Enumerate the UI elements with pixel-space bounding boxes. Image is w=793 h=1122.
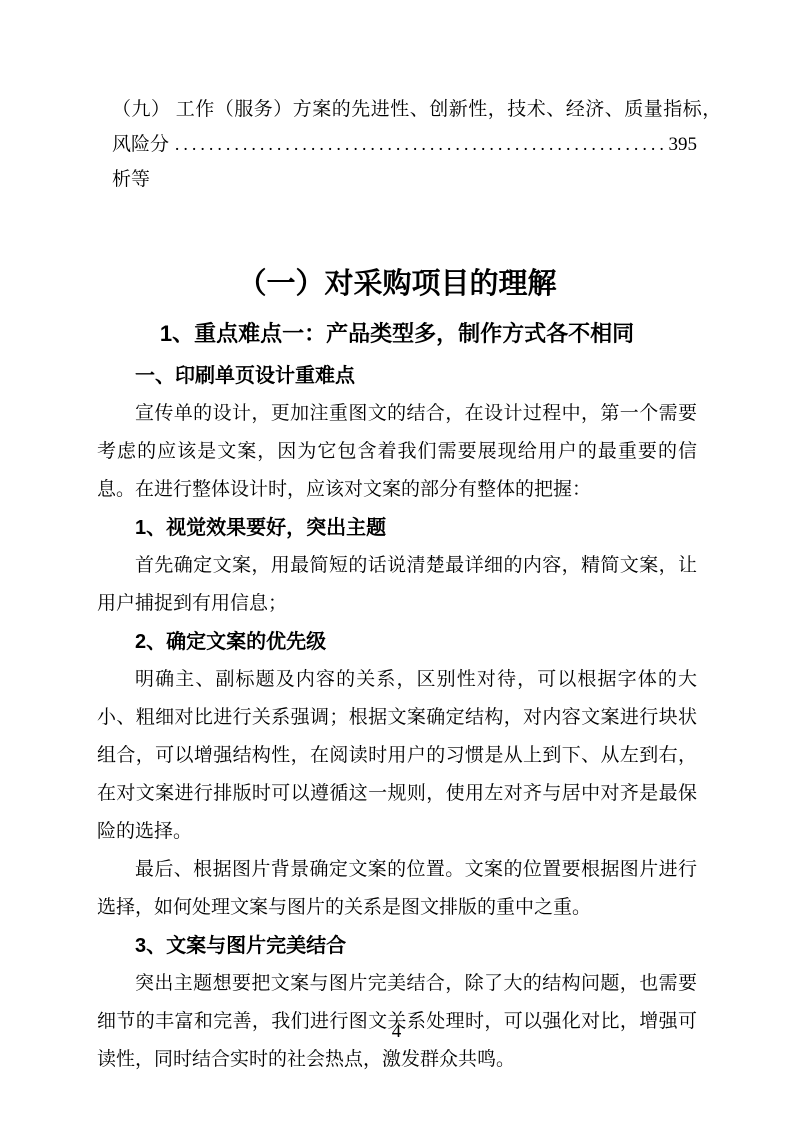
toc-dot-leader: ........................................… bbox=[175, 127, 665, 162]
subhead-copy-priority: 2、确定文案的优先级 bbox=[97, 623, 697, 661]
body-paragraph: 宣传单的设计，更加注重图文的结合，在设计过程中，第一个需要考虑的应该是文案，因为… bbox=[97, 395, 697, 509]
toc-entry: （九） 工作（服务）方案的先进性、创新性，技术、经济、质量指标， 风险分析等 .… bbox=[112, 92, 697, 197]
page-content: （九） 工作（服务）方案的先进性、创新性，技术、经济、质量指标， 风险分析等 .… bbox=[97, 0, 697, 1079]
subhead-visual-effect: 1、视觉效果要好，突出主题 bbox=[97, 509, 697, 547]
toc-entry-line2: 风险分析等 ..................................… bbox=[112, 127, 697, 197]
body-paragraph: 最后、根据图片背景确定文案的位置。文案的位置要根据图片进行选择，如何处理文案与图… bbox=[97, 851, 697, 927]
toc: （九） 工作（服务）方案的先进性、创新性，技术、经济、质量指标， 风险分析等 .… bbox=[97, 92, 697, 197]
subsection-heading: 1、重点难点一：产品类型多，制作方式各不相同 bbox=[97, 317, 697, 351]
subhead-print-design: 一、印刷单页设计重难点 bbox=[97, 357, 697, 395]
toc-page-number: 395 bbox=[669, 127, 698, 162]
section-heading: （一）对采购项目的理解 bbox=[97, 264, 697, 304]
toc-entry-text-line2: 风险分析等 bbox=[112, 127, 173, 197]
body-paragraph: 首先确定文案，用最简短的话说清楚最详细的内容，精简文案，让用户捕捉到有用信息； bbox=[97, 547, 697, 623]
body-paragraph: 明确主、副标题及内容的关系，区别性对待，可以根据字体的大小、粗细对比进行关系强调… bbox=[97, 661, 697, 851]
document-page: （九） 工作（服务）方案的先进性、创新性，技术、经济、质量指标， 风险分析等 .… bbox=[0, 0, 793, 1122]
toc-entry-text-line1: （九） 工作（服务）方案的先进性、创新性，技术、经济、质量指标， bbox=[112, 92, 697, 127]
subhead-copy-image-combination: 3、文案与图片完美结合 bbox=[97, 927, 697, 965]
page-number: 4 bbox=[0, 1019, 793, 1045]
